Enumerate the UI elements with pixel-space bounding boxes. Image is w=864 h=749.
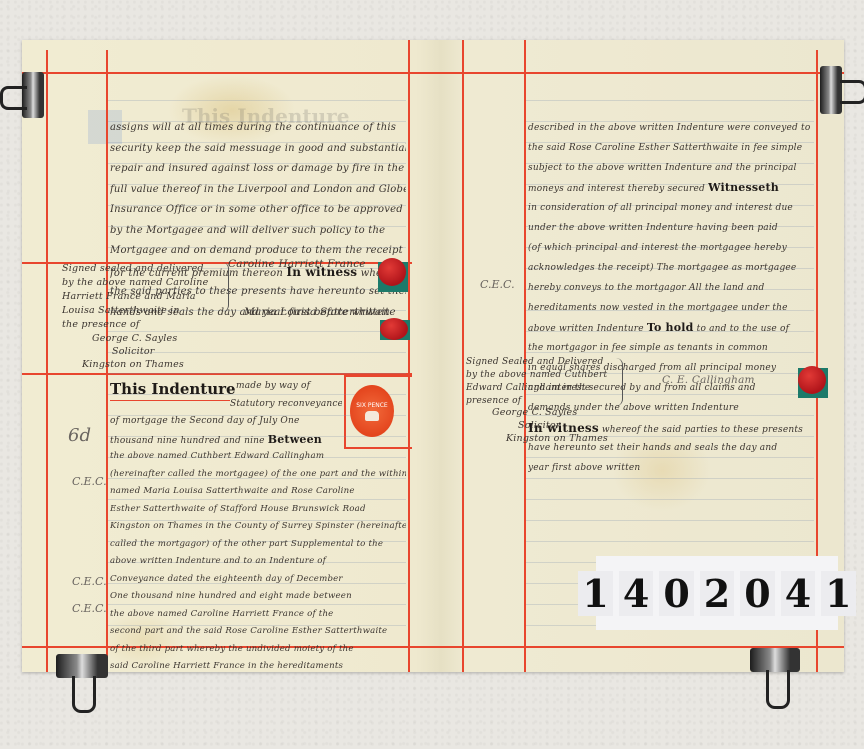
text-line: said Caroline Harriett France in the her… — [110, 658, 406, 676]
text-line: Kingston on Thames in the County of Surr… — [110, 518, 406, 536]
attestation-brace — [616, 358, 623, 406]
text-line: the said Rose Caroline Esther Satterthwa… — [528, 138, 816, 158]
signature-callingham: C. E. Callingham — [662, 370, 755, 391]
text-line: by the Mortgagee and will deliver such p… — [110, 221, 406, 242]
witnesseth-label: Witnesseth — [708, 181, 779, 194]
text-line: by the above named Cuthbert — [466, 369, 636, 382]
signature-maria-satterthwaite: Maria Louisa Satterthwaite — [244, 302, 396, 323]
text-line: year first above written — [528, 458, 816, 478]
wax-seal-3 — [798, 366, 826, 394]
text-line: Statutory reconveyance — [110, 396, 342, 414]
between-label: Between — [268, 433, 322, 446]
margin-note-duty: 6d — [68, 425, 91, 446]
reference-digit: 1 — [578, 571, 612, 616]
archive-reference-label: 1 4 0 2 0 4 1 — [596, 556, 838, 630]
text-line: in consideration of all principal money … — [528, 198, 816, 218]
text-line: security keep the said messuage in good … — [110, 139, 406, 160]
text-line: hereditaments now vested in the mortgage… — [528, 298, 816, 318]
text-line: hereby conveys to the mortgagor — [528, 283, 686, 293]
reference-digit: 4 — [619, 571, 653, 616]
reference-digit: 1 — [821, 571, 855, 616]
reference-digit: 4 — [781, 571, 815, 616]
text-line: above written Indenture — [528, 324, 644, 334]
attestation-clause-right: Signed Sealed and Delivered by the above… — [466, 356, 636, 408]
crown-icon — [365, 411, 379, 421]
text-fragment: to and to the use of — [697, 324, 790, 334]
reference-digit: 0 — [659, 571, 693, 616]
text-line: of mortgage the Second day of July One — [110, 413, 342, 431]
margin-note-initials: C.E.C. — [72, 602, 107, 615]
reference-digit: 0 — [740, 571, 774, 616]
text-line: Insurance Office or in some other office… — [110, 200, 406, 221]
wax-seal-2 — [380, 318, 408, 340]
text-line: Edward Callingham in the — [466, 382, 636, 395]
revenue-stamp: SIX PENCE — [350, 385, 394, 437]
witness-signature-right: George C. Sayles Solicitor Kingston on T… — [492, 406, 652, 445]
text-line: Louisa Satterthwaite in — [62, 304, 232, 318]
text-line: acknowledges the receipt) The mortgagee … — [528, 258, 816, 278]
margin-note-initials: C.E.C. — [72, 475, 107, 488]
text-line: under the above written Indenture having… — [528, 218, 816, 238]
margin-note-initials: C.E.C. — [72, 575, 107, 588]
text-line: (of which principal and interest the mor… — [528, 238, 816, 258]
all-label: All the land and — [689, 283, 765, 293]
margin-note-initials: C.E.C. — [480, 278, 515, 291]
to-hold-label: To hold — [647, 321, 694, 334]
text-line: Solicitor — [492, 419, 652, 432]
reference-digit: 2 — [700, 571, 734, 616]
text-line: Signed Sealed and Delivered — [466, 356, 636, 369]
text-line: described in the above written Indenture… — [528, 118, 816, 138]
red-rule-top — [22, 72, 844, 74]
text-line: above written Indenture and to an Indent… — [110, 553, 406, 571]
text-line: Signed sealed and delivered — [62, 262, 232, 276]
red-margin-right-outer — [462, 40, 464, 672]
witness-signature-left: George C. Sayles Solicitor Kingston on T… — [82, 332, 242, 371]
attestation-clause-left: Signed sealed and delivered by the above… — [62, 262, 232, 332]
text-line: moneys and interest thereby secured — [528, 184, 705, 194]
wax-seal-1 — [378, 258, 406, 286]
red-margin-left-right — [408, 40, 410, 672]
text-line: George C. Sayles — [82, 332, 242, 345]
text-line: the above named Caroline Harriett France… — [110, 606, 406, 624]
text-line: of the third part whereby the undivided … — [110, 641, 406, 659]
text-line: by the above named Caroline — [62, 276, 232, 290]
text-line: named Maria Louisa Satterthwaite and Ros… — [110, 483, 406, 501]
text-line: second part and the said Rose Caroline E… — [110, 623, 406, 641]
stamp-text: SIX PENCE — [356, 402, 387, 409]
text-line: George C. Sayles — [492, 406, 652, 419]
indenture-text-body: the above named Cuthbert Edward Callingh… — [110, 448, 406, 676]
text-line: repair and insured against loss or damag… — [110, 159, 406, 180]
text-line: (hereinafter called the mortgagee) of th… — [110, 466, 406, 484]
text-line: One thousand nine hundred and eight made… — [110, 588, 406, 606]
text-line: the mortgagor in fee simple as tenants i… — [528, 338, 816, 358]
indenture-text-head: made by way of Statutory reconveyance of… — [110, 378, 342, 448]
text-line: assigns will at all times during the con… — [110, 118, 406, 139]
signature-caroline-france: Caroline Harriett France — [228, 254, 366, 275]
text-line: full value thereof in the Liverpool and … — [110, 180, 406, 201]
text-line: the above named Cuthbert Edward Callingh… — [110, 448, 406, 466]
red-margin-left-outer — [46, 50, 48, 672]
text-line: subject to the above written Indenture a… — [528, 158, 816, 178]
text-line: the presence of — [62, 318, 232, 332]
text-line: called the mortgagor) of the other part … — [110, 536, 406, 554]
text-line: Kingston on Thames — [492, 432, 652, 445]
text-line: Harriett France and Maria — [62, 290, 232, 304]
text-line: thousand nine hundred and nine — [110, 436, 265, 446]
text-line: Conveyance dated the eighteenth day of D… — [110, 571, 406, 589]
text-line: Kingston on Thames — [82, 358, 242, 371]
text-line: made by way of — [110, 378, 342, 396]
text-line: Esther Satterthwaite of Stafford House B… — [110, 501, 406, 519]
text-line: Solicitor — [82, 345, 242, 358]
